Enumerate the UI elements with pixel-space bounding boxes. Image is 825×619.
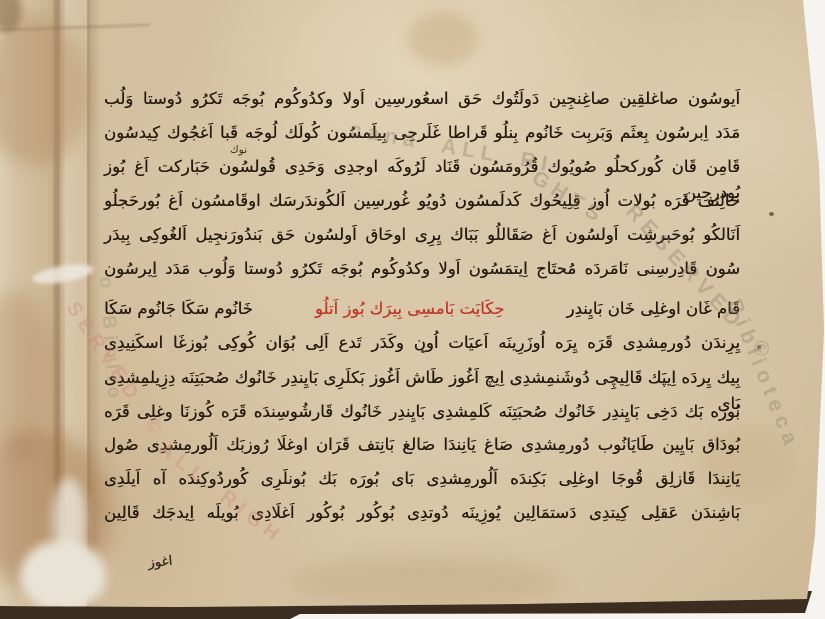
text-block: اَيوسُون صاغلقِين صاغِنجِين دَولَتُوك حَ… (104, 0, 740, 619)
manuscript-line: حَالِتف قَرَه بُولات اُوز قِلِيحُوك كَدل… (104, 188, 740, 215)
ink-speck (757, 345, 761, 349)
manuscript-line: بُورَه بَك دَخِى بَايِندِر خَانُوك صُحبَ… (104, 399, 740, 426)
manuscript-line: قَامِن قَان كُوركحلُو صُويُوك قُرُومَسُو… (104, 154, 740, 181)
manuscript-line: اَنَالكُو بُوحَبرشِت اَولسُون اَغ صَقَال… (104, 222, 740, 249)
interlinear-correction: نوك (230, 144, 247, 156)
manuscript-line: يَانِندَا قَازلِق قُوجَا اوغلِى بَكِندَه… (104, 466, 740, 493)
manuscript-line: سُون قَادِرسِنى نَامَردَه مُحتَاج اِيتمَ… (104, 256, 740, 283)
story-opening-text: قَام غَان اوغلِى خَان بَايِندِر (567, 296, 740, 323)
closing-formula-text: خَانُوم سَكَا جَانُوم سَكَا (104, 296, 253, 323)
manuscript-rubric-line: قَام غَان اوغلِى خَان بَايِندِر حِكَايَت… (104, 296, 740, 323)
catchword: اغوز (147, 553, 173, 571)
manuscript-line: اَيوسُون صاغلقِين صاغِنجِين دَولَتُوك حَ… (104, 86, 740, 113)
manuscript-line: بِيك يِردَه اِيپَك قَالِيچِى دُوشَنمِشدِ… (104, 365, 740, 392)
manuscript-scan: اَيوسُون صاغلقِين صاغِنجِين دَولَتُوك حَ… (0, 0, 825, 619)
manuscript-line: مَدَد اِبرسُون بِعثَم وَبَربِت خَانُوم ب… (104, 120, 740, 147)
manuscript-line: بَاشِندَن عَقلِى كِيتدِى دَستمَالِين يُو… (104, 500, 740, 527)
manuscript-line: بُودَاق بَايِين طَايَانُوب دُورمِشدِى صَ… (104, 432, 740, 459)
paper-repair-patch (52, 478, 86, 562)
rubric-heading: حِكَايَت بَامسِى بِيرَك بُوز اَتلُو (315, 296, 505, 323)
ink-speck (769, 212, 774, 216)
manuscript-line: يِرِندَن دُورمِشدِى قَرَه يِرَه اُوزَرِي… (104, 330, 740, 357)
